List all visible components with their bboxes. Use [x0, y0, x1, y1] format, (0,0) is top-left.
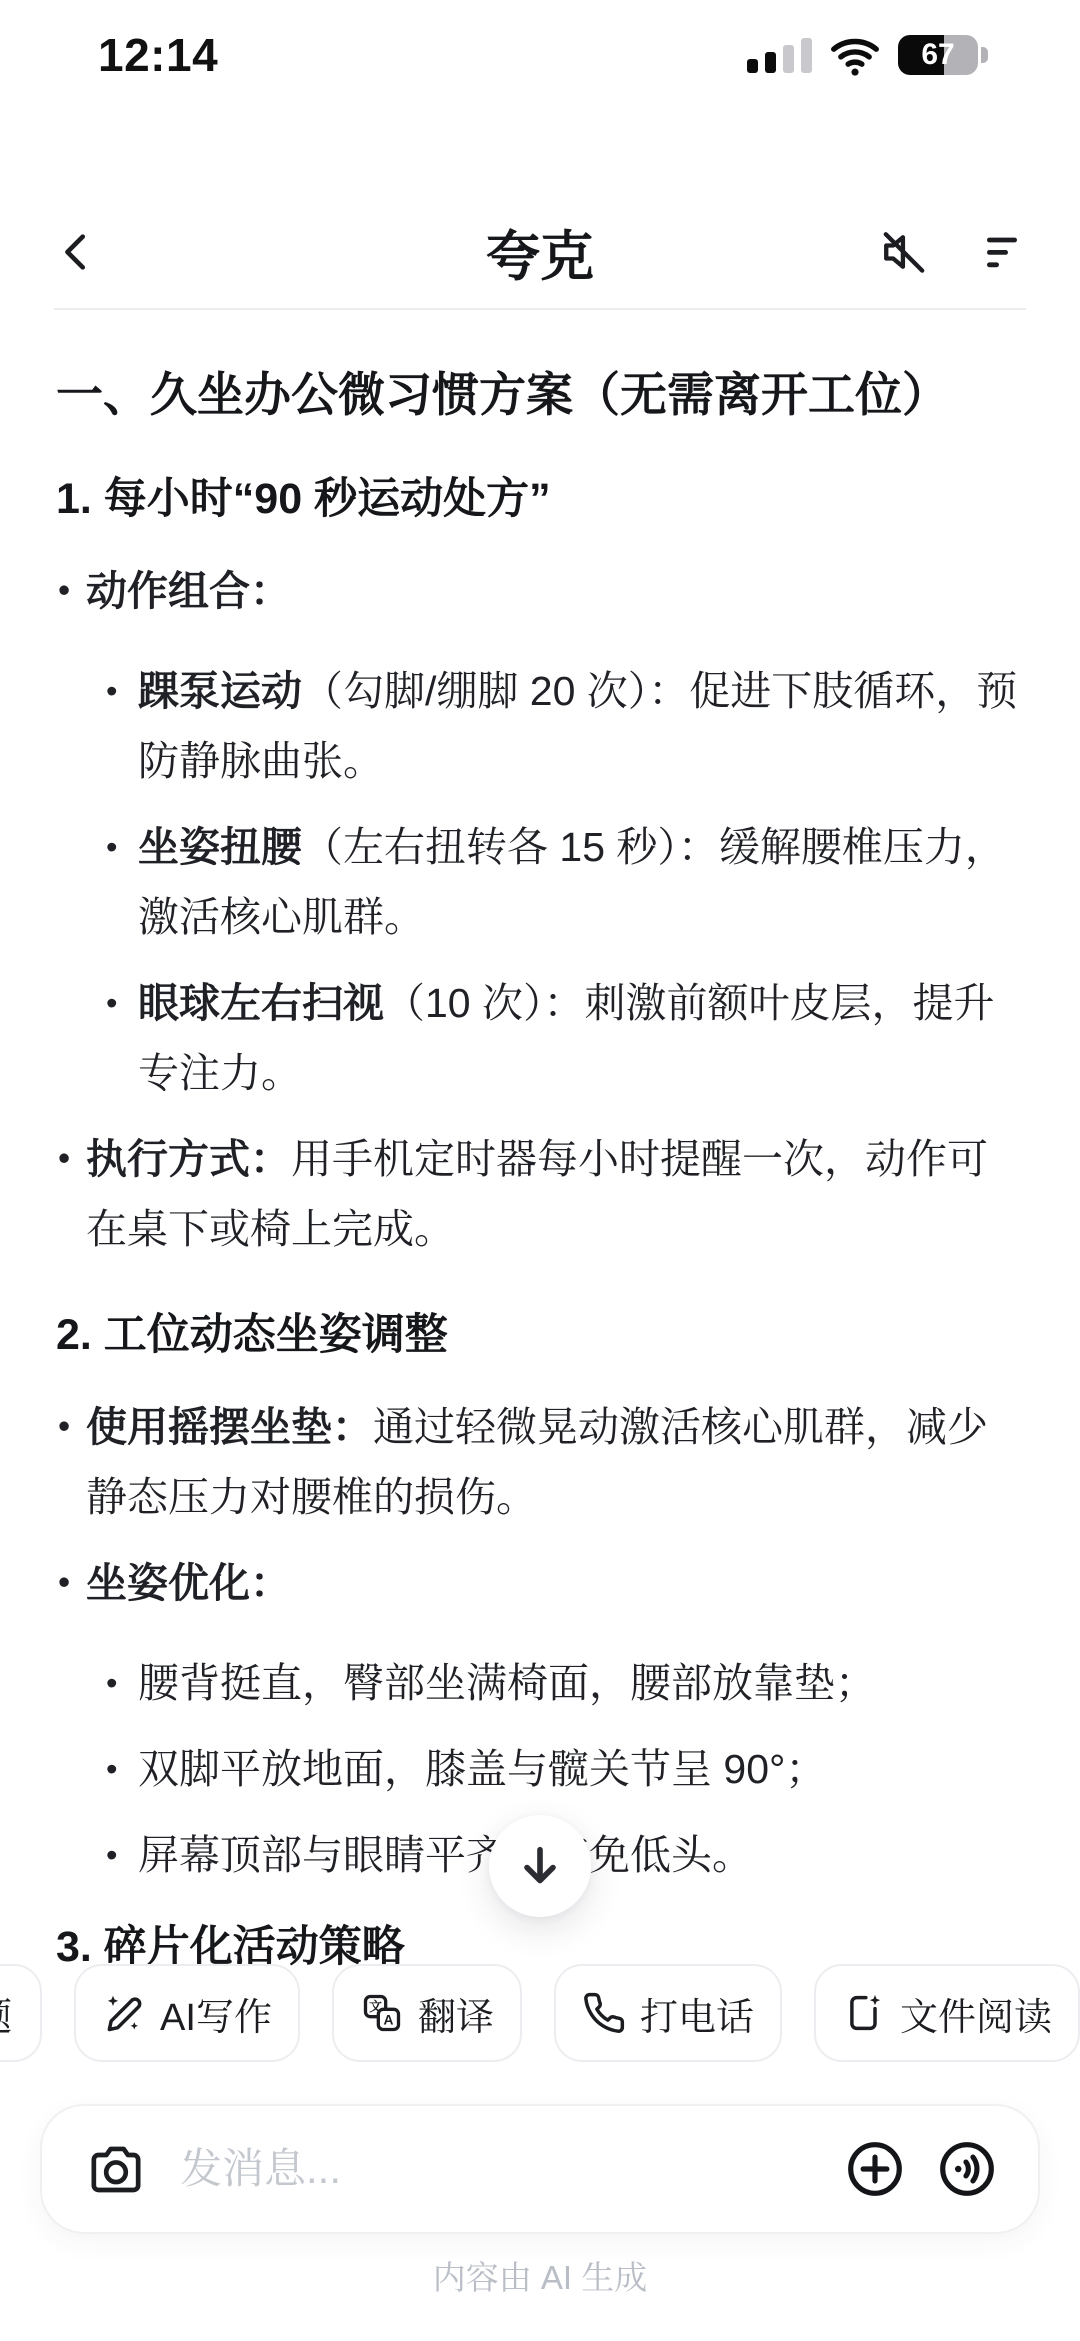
outline-menu-button[interactable]: [978, 228, 1026, 276]
ai-disclaimer: 内容由 AI 生成: [0, 2252, 1080, 2299]
voice-mode-button[interactable]: [936, 2138, 998, 2200]
status-bar: 12:14 67: [0, 0, 1080, 100]
list-item: 动作组合： 踝泵运动（勾脚/绷脚 20 次）：促进下肢循环，预防静脉曲张。 坐姿…: [56, 556, 1024, 1108]
quark-ai-chat-screen: 12:14 67: [0, 0, 1080, 2341]
translate-icon: 文 A: [360, 1991, 404, 2035]
list-item: 使用摇摆坐垫：通过轻微晃动激活核心肌群，减少静态压力对腰椎的损伤。: [56, 1392, 1024, 1532]
svg-text:A: A: [383, 2012, 393, 2027]
ai-writing-button[interactable]: AI写作: [74, 1964, 300, 2062]
message-input[interactable]: [178, 2144, 844, 2194]
cutoff-suggestion-button[interactable]: 题: [0, 1964, 42, 2062]
list-item: 腰背挺直，臀部坐满椅面，腰部放靠垫；: [104, 1648, 1024, 1718]
list-lines-icon: [978, 228, 1026, 276]
scroll-to-bottom-button[interactable]: [489, 1815, 591, 1917]
list-item: 坐姿扭腰（左右扭转各 15 秒）：缓解腰椎压力，激活核心肌群。: [104, 812, 1024, 952]
status-icons: 67: [747, 30, 988, 80]
list-item: 踝泵运动（勾脚/绷脚 20 次）：促进下肢循环，预防静脉曲张。: [104, 656, 1024, 796]
page-title: 夸克: [486, 214, 594, 291]
translate-button[interactable]: 文 A 翻译: [332, 1964, 522, 2062]
plus-circle-icon: [844, 2138, 906, 2200]
sec1-list: 动作组合： 踝泵运动（勾脚/绷脚 20 次）：促进下肢循环，预防静脉曲张。 坐姿…: [56, 556, 1024, 1264]
list-item: 执行方式：用手机定时器每小时提醒一次，动作可在桌下或椅上完成。: [56, 1124, 1024, 1264]
pen-sparkle-icon: [102, 1991, 146, 2035]
doc-heading-sec1: 1. 每小时“90 秒运动处方”: [56, 468, 1024, 530]
cellular-signal-icon: [747, 37, 812, 73]
camera-button[interactable]: [88, 2141, 144, 2197]
list-item: 眼球左右扫视（10 次）：刺激前额叶皮层，提升专注力。: [104, 968, 1024, 1108]
add-attachment-button[interactable]: [844, 2138, 906, 2200]
clock: 12:14: [98, 28, 218, 82]
mute-speaker-icon: [878, 226, 930, 278]
down-arrow-icon: [514, 1840, 566, 1892]
mute-button[interactable]: [878, 226, 930, 278]
header-actions: [878, 226, 1026, 278]
phone-call-button[interactable]: 打电话: [554, 1964, 782, 2062]
list-item: 双脚平放地面，膝盖与髋关节呈 90°；: [104, 1734, 1024, 1804]
composer-right-actions: [844, 2138, 998, 2200]
back-button[interactable]: [54, 229, 100, 275]
back-chevron-icon: [54, 229, 100, 275]
battery-percent: 67: [898, 35, 978, 75]
phone-icon: [582, 1991, 626, 2035]
voice-wave-icon: [936, 2138, 998, 2200]
ai-answer-document: 一、久坐办公微习惯方案（无需离开工位） 1. 每小时“90 秒运动处方” 动作组…: [0, 310, 1080, 1978]
sec1-moves-list: 踝泵运动（勾脚/绷脚 20 次）：促进下肢循环，预防静脉曲张。 坐姿扭腰（左右扭…: [104, 656, 1024, 1108]
wifi-icon: [830, 30, 880, 80]
file-reading-button[interactable]: 文件阅读: [814, 1964, 1080, 2062]
doc-heading-1: 一、久坐办公微习惯方案（无需离开工位）: [56, 362, 1024, 428]
quick-action-toolbar: 题 AI写作 文 A 翻译: [0, 1964, 1080, 2062]
app-header: 夸克: [0, 196, 1080, 308]
message-composer: [40, 2104, 1040, 2234]
battery-icon: 67: [898, 35, 988, 75]
doc-heading-sec2: 2. 工位动态坐姿调整: [56, 1304, 1024, 1366]
camera-icon: [88, 2141, 144, 2197]
document-sparkle-icon: [842, 1991, 886, 2035]
